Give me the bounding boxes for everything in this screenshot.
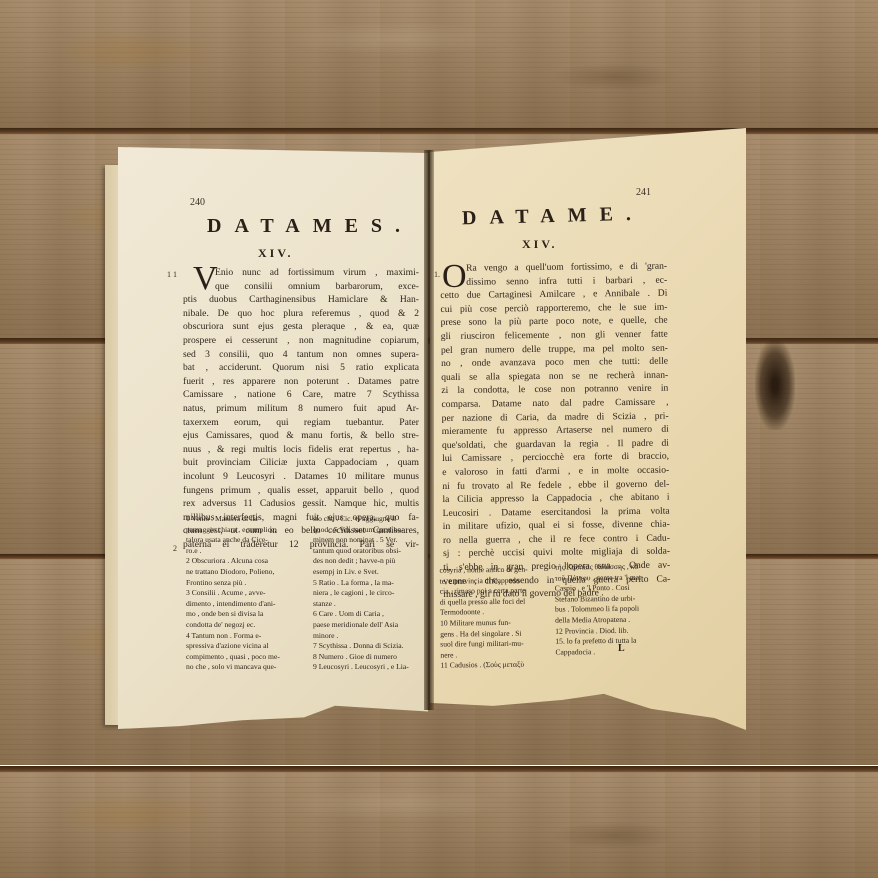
- margin-note-mark: 2: [173, 544, 177, 553]
- footnotes-left-col1: 1 Venio . Maniera di far passaggio chiar…: [186, 514, 304, 673]
- page-title-right: DATAME.: [462, 203, 644, 231]
- footnotes-left-col2: sto che . Cic. vi aggiugne il quod . 5 V…: [313, 514, 425, 673]
- signature-mark: L: [618, 643, 625, 654]
- chapter-number-left: XIV.: [258, 246, 293, 261]
- footnotes-right-col1: cosyria , nome antico di gen- te, e prov…: [439, 564, 552, 671]
- body-text-left: Enio nunc ad fortissimum virum , maximi-…: [183, 266, 419, 551]
- page-number-right: 241: [636, 187, 651, 198]
- body-text-right: Ra vengo a quell'uom fortissimo, e di 'g…: [440, 260, 671, 602]
- chapter-number-right: XIV.: [522, 237, 557, 252]
- margin-note-mark: 1.: [434, 270, 440, 279]
- open-book: 240 DATAMES. XIV. 1 1 V Enio nunc ad for…: [0, 0, 878, 878]
- book-gutter: [424, 150, 434, 710]
- footnotes-right-col2: τῆς Κασπίας θαλάσσης , κὰ τοῦ Πόντου , g…: [555, 561, 674, 658]
- page-number-left: 240: [190, 197, 205, 208]
- margin-note-mark: 1 1: [167, 270, 177, 279]
- page-title-left: DATAMES.: [207, 215, 413, 238]
